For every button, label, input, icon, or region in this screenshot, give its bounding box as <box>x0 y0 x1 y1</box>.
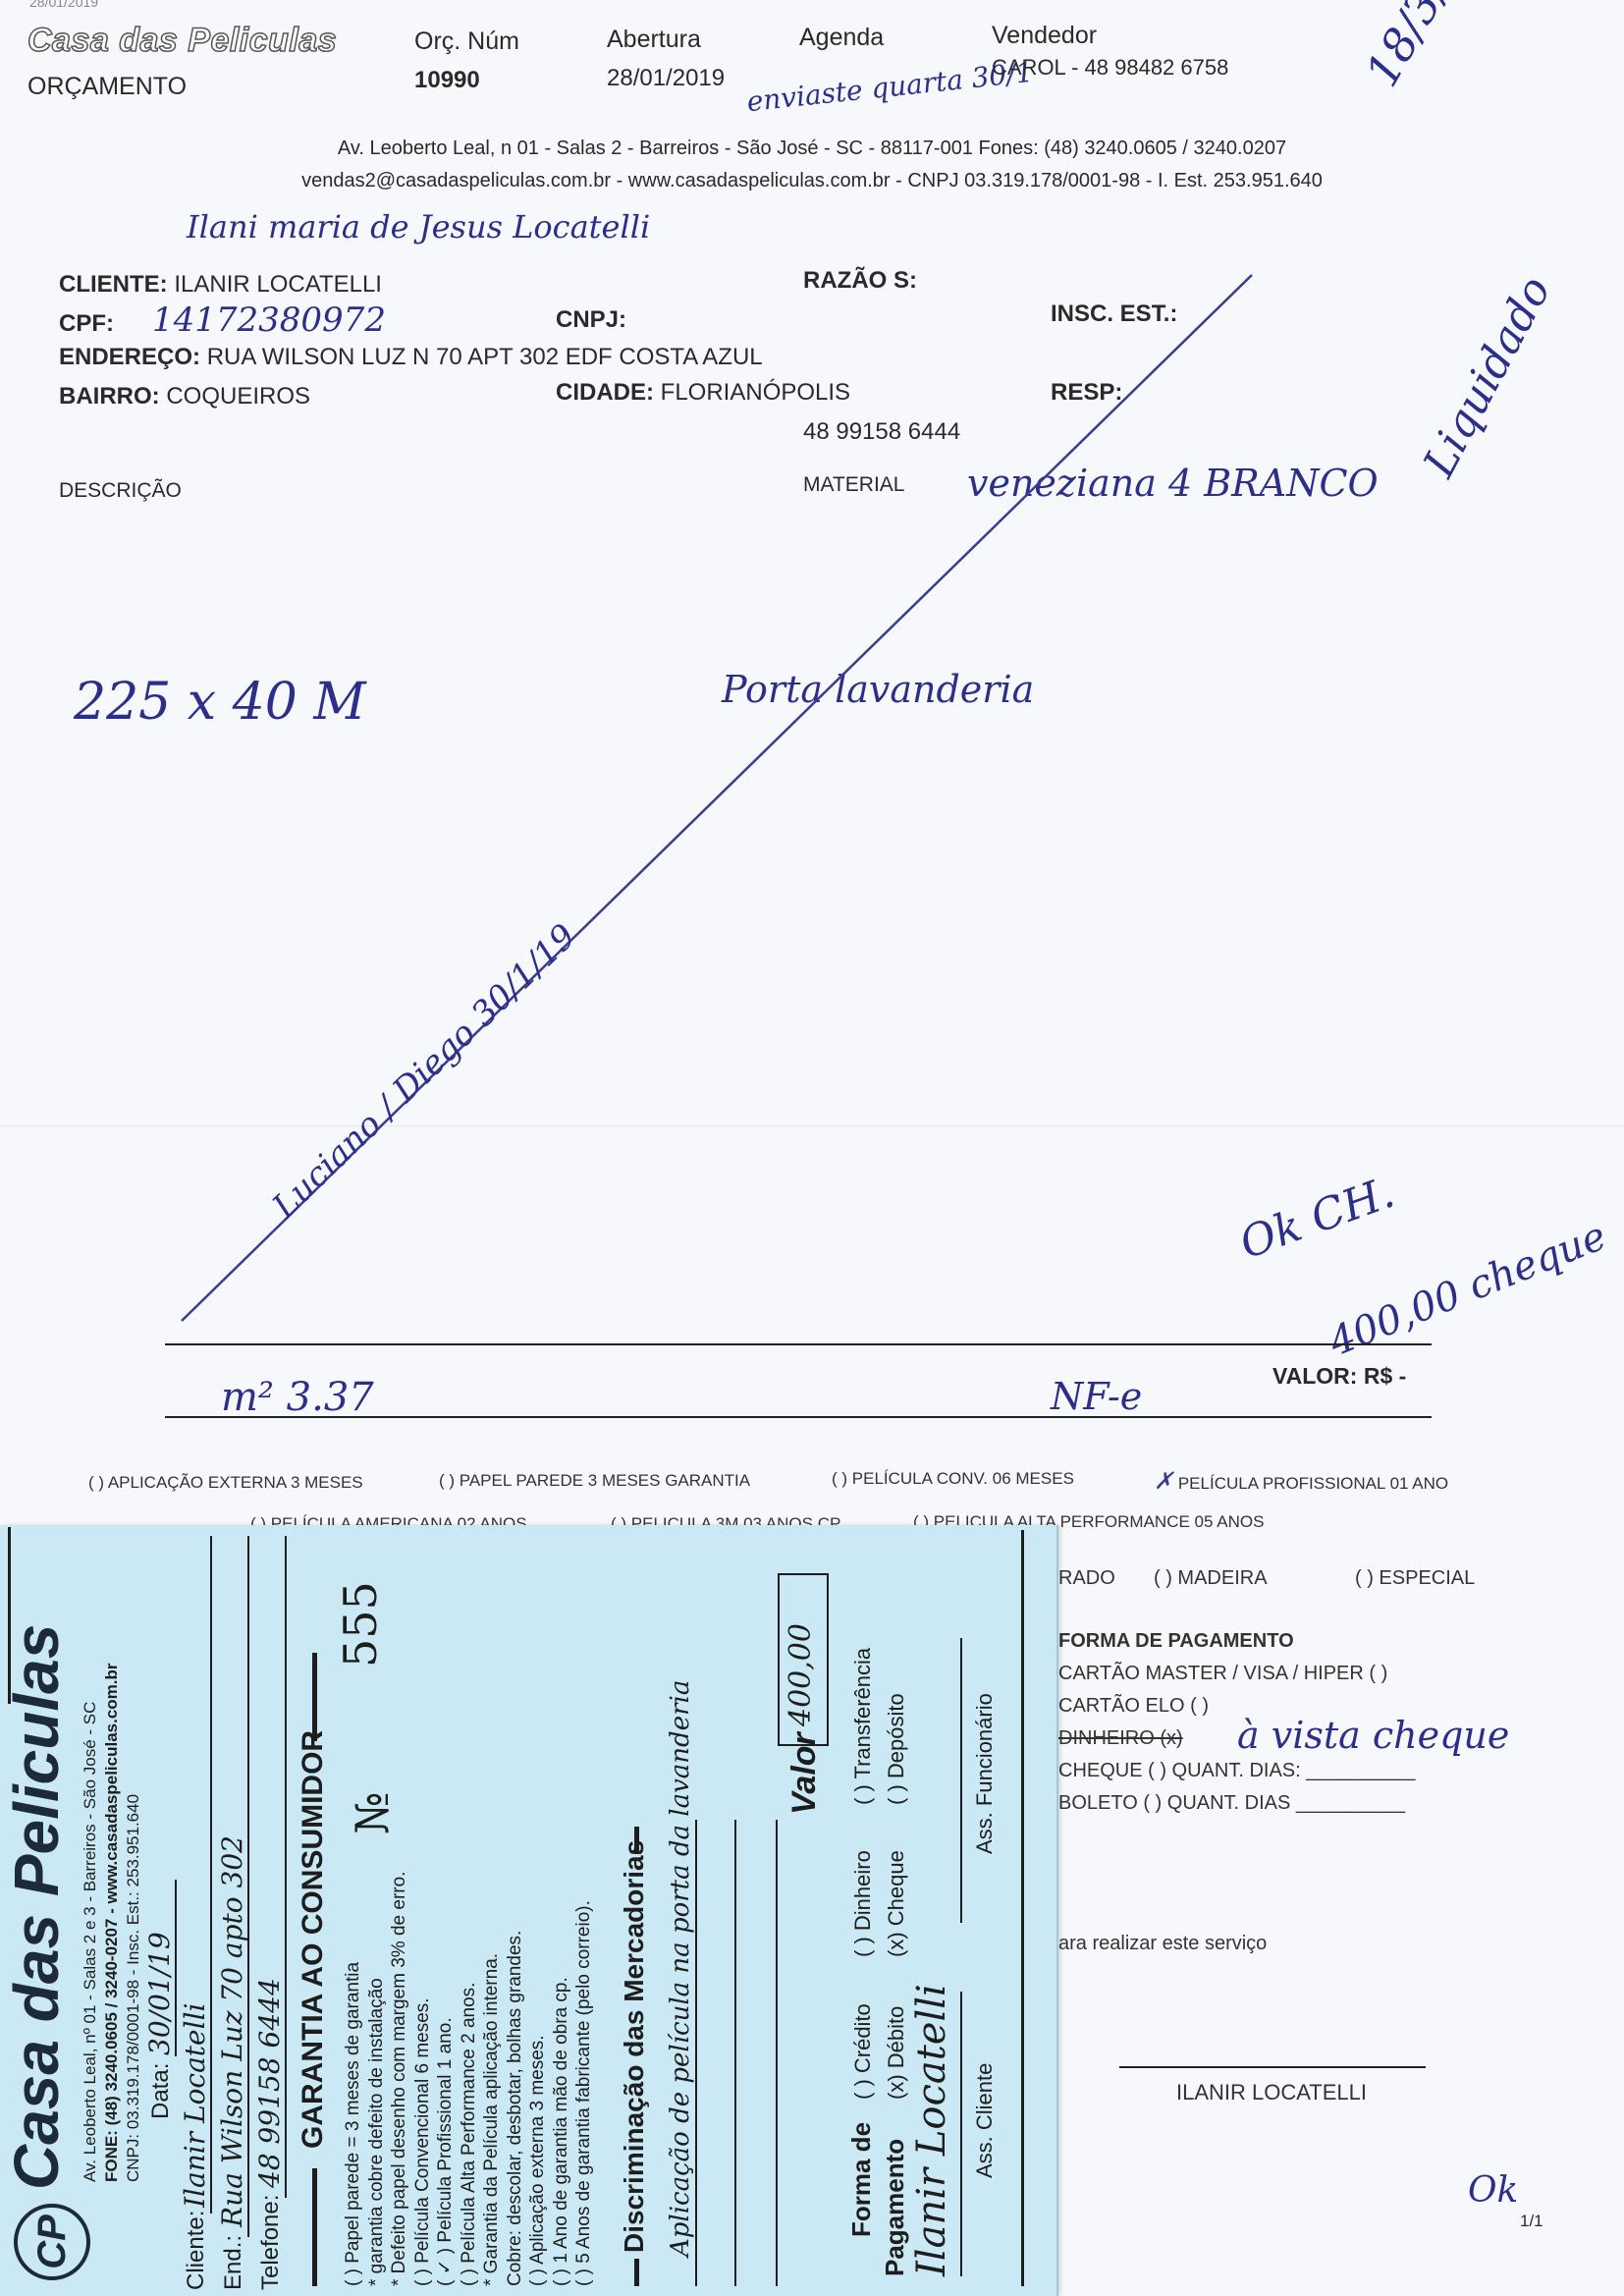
option-pelicula-profissional[interactable]: ✗ PELÍCULA PROFISSIONAL 01 ANO <box>1154 1467 1448 1495</box>
discriminacao-line-3 <box>776 1820 778 2286</box>
garantia-item[interactable]: ( ) Película Convencional 6 meses. <box>411 1872 435 2286</box>
receipt-phone: FONE: (48) 3240.0605 / 3240-0207 - www.c… <box>102 1663 122 2182</box>
receipt-telefone-value: 48 99158 6444 <box>253 1978 286 2188</box>
pay-deposito[interactable]: ( ) Depósito <box>884 1693 909 1805</box>
payment-line-cartao-elo[interactable]: CARTÃO ELO ( ) <box>1058 1695 1209 1718</box>
m2-note: m² 3.37 <box>221 1375 374 1420</box>
receipt-data-label: Data: <box>147 2063 175 2119</box>
garantia-item: * Defeito papel desenho com margem 3% de… <box>388 1872 411 2286</box>
receipt-end-value: Rua Wilson Luz 70 apto 302 <box>216 1835 248 2227</box>
warranty-receipt: CP Casa das Peliculas Av. Leoberto Leal,… <box>0 1525 1058 2296</box>
receipt-end-label: End.: <box>220 2235 247 2290</box>
initials: Ok <box>1468 2170 1518 2211</box>
receipt-cnpj: CNPJ: 03.319.178/0001-98 - Insc. Est.: 2… <box>124 1794 143 2182</box>
total-top-rule <box>165 1343 1432 1345</box>
receipt-cliente-value: Ilanir Locatelli <box>179 2003 211 2209</box>
receipt-data-value: 30/01/19 <box>143 1932 176 2055</box>
cp-logo-badge: CP <box>14 2204 90 2280</box>
signature-line <box>1119 2066 1426 2068</box>
checkmark-icon: ✗ <box>1154 1467 1173 1495</box>
receipt-data-line <box>175 1880 177 2056</box>
pay-cheque[interactable]: (x) Cheque <box>884 1850 909 1957</box>
discriminacao-handwriting: Aplicação de película na porta da lavand… <box>666 1680 695 2257</box>
option-aplicacao-externa[interactable]: ( ) APLICAÇÃO EXTERNA 3 MESES <box>88 1473 363 1493</box>
receipt-end-line <box>247 1536 249 2237</box>
ass-cliente-label: Ass. Cliente <box>972 2063 998 2178</box>
option-especial[interactable]: ( ) ESPECIAL <box>1355 1567 1475 1590</box>
garantia-item: Cobre: descolar, desbotar, bolhas grande… <box>504 1872 527 2286</box>
receipt-logo: Casa das Peliculas <box>0 1624 73 2190</box>
garantia-item[interactable]: ( ) 5 Anos de garantia fabricante (pelo … <box>572 1872 596 2286</box>
garantia-item[interactable]: ( ) Papel parede = 3 meses de garantia <box>342 1872 365 2286</box>
receipt-cliente-line <box>210 1536 212 2214</box>
ass-funcionario-line <box>960 1638 962 1923</box>
option-pelicula-conv[interactable]: ( ) PELÍCULA CONV. 06 MESES <box>832 1469 1074 1489</box>
signature-name: ILANIR LOCATELLI <box>1176 2080 1367 2105</box>
service-text-partial: ara realizar este serviço <box>1058 1933 1267 1955</box>
receipt-telefone-label: Telefone: <box>257 2195 285 2290</box>
pay-credito[interactable]: ( ) Crédito <box>850 2003 876 2100</box>
payment-line-boleto[interactable]: BOLETO ( ) QUANT. DIAS __________ <box>1058 1792 1405 1815</box>
total-bottom-rule <box>165 1416 1432 1418</box>
option-rado[interactable]: RADO <box>1058 1567 1115 1590</box>
receipt-header-rule <box>8 1527 11 1704</box>
garantia-item[interactable]: ( ) Película Alta Performance 2 anos. <box>458 1872 481 2286</box>
valor-value: 400,00 <box>784 1623 818 1726</box>
discriminacao-title: Discriminação das Mercadorias <box>619 1840 650 2253</box>
payment-line-cheque[interactable]: CHEQUE ( ) QUANT. DIAS: __________ <box>1058 1760 1415 1782</box>
pay-dinheiro[interactable]: ( ) Dinheiro <box>850 1850 876 1957</box>
payment-line-dinheiro[interactable]: DINHEIRO (x) <box>1058 1727 1183 1750</box>
garantia-list: ( ) Papel parede = 3 meses de garantia *… <box>342 1872 596 2286</box>
option-papel-parede[interactable]: ( ) PAPEL PAREDE 3 MESES GARANTIA <box>439 1471 750 1491</box>
forma-label-1: Forma de <box>846 2122 877 2237</box>
receipt-telefone-line <box>285 1536 287 2198</box>
ass-cliente-line <box>960 1992 962 2276</box>
receipt-address: Av. Leoberto Leal, nº 01 - Salas 2 e 3 -… <box>81 1702 100 2182</box>
discriminacao-rule-left <box>634 2259 639 2286</box>
receipt-signature: Ilanir Locatelli <box>909 1984 954 2276</box>
pay-debito[interactable]: (x) Débito <box>884 2006 909 2100</box>
option-pelicula-profissional-label: PELÍCULA PROFISSIONAL 01 ANO <box>1178 1474 1448 1493</box>
garantia-title: GARANTIA AO CONSUMIDOR <box>297 1730 330 2149</box>
nfe-note: NF-e <box>1051 1375 1142 1418</box>
garantia-item: * garantia cobre defeito de instalação <box>365 1872 389 2286</box>
garantia-item[interactable]: ( ) 1 Ano de garantia mão de obra cp. <box>550 1872 573 2286</box>
garantia-item: * Garantia da Película aplicação interna… <box>480 1872 504 2286</box>
valor-label: VALOR: R$ - <box>1272 1363 1406 1390</box>
garantia-item[interactable]: ( ✓ ) Película Profissional 1 ano. <box>434 1872 458 2286</box>
receipt-bottom-rule <box>1021 1530 1024 2286</box>
payment-title: FORMA DE PAGAMENTO <box>1058 1630 1294 1653</box>
garantia-rule-left <box>312 2168 317 2286</box>
numero-label: № <box>346 1791 399 1834</box>
numero-value: 555 <box>334 1581 387 1667</box>
discriminacao-rule-right <box>634 1827 639 1854</box>
garantia-rule-right <box>312 1653 317 1741</box>
ass-funcionario-label: Ass. Funcionário <box>972 1693 998 1854</box>
garantia-item[interactable]: ( ) Aplicação externa 3 meses. <box>526 1872 550 2286</box>
pay-transferencia[interactable]: ( ) Transferência <box>850 1648 876 1805</box>
receipt-cliente-label: Cliente: <box>183 2211 210 2290</box>
payment-handwriting: à vista cheque <box>1237 1714 1509 1757</box>
page-number: 1/1 <box>1520 2212 1543 2231</box>
discriminacao-line-2 <box>734 1820 736 2286</box>
option-madeira[interactable]: ( ) MADEIRA <box>1154 1567 1268 1590</box>
payment-line-cartao-master[interactable]: CARTÃO MASTER / VISA / HIPER ( ) <box>1058 1663 1387 1685</box>
discriminacao-line-1 <box>695 1820 697 2286</box>
forma-label-2: Pagamento <box>880 2139 910 2276</box>
